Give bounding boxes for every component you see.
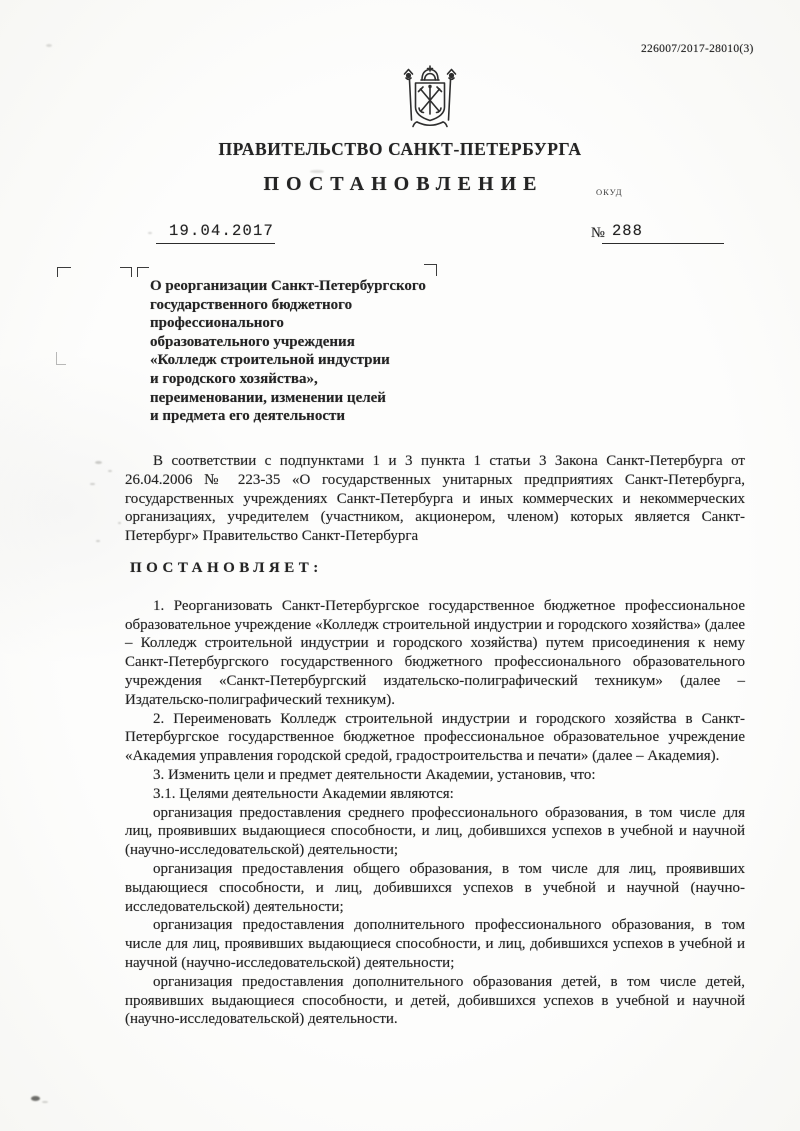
scan-speck	[42, 1101, 48, 1103]
preamble-paragraph: В соответствии с подпунктами 1 и 3 пункт…	[125, 452, 745, 546]
body-paragraph: организация предоставления дополнительно…	[125, 973, 745, 1029]
body-paragraph: организация предоставления общего образо…	[125, 860, 745, 916]
scan-speck	[90, 483, 95, 485]
title-line: и предмета его деятельности	[150, 407, 460, 426]
corner-registration-mark	[137, 267, 149, 277]
document-subject-title: О реорганизации Санкт-Петербургского гос…	[150, 277, 460, 426]
corner-registration-mark	[56, 352, 66, 365]
scan-speck	[148, 232, 152, 234]
date-underline-rule	[156, 243, 275, 244]
title-line: «Колледж строительной индустрии	[150, 351, 460, 370]
body-paragraph: 3.1. Целями деятельности Академии являют…	[125, 785, 745, 804]
corner-registration-mark	[424, 264, 437, 276]
corner-registration-mark	[120, 267, 132, 277]
document-number: 288	[612, 222, 643, 240]
spb-coat-of-arms-icon	[396, 62, 464, 136]
number-sign: №	[591, 225, 605, 242]
scanned-document: { "colors": { "ink": "#242424", "paper":…	[0, 0, 800, 1131]
document-type-title: ПОСТАНОВЛЕНИЕ	[0, 173, 800, 196]
issuing-authority-title: ПРАВИТЕЛЬСТВО САНКТ-ПЕТЕРБУРГА	[0, 139, 800, 160]
body-paragraph: 1. Реорганизовать Санкт-Петербургское го…	[125, 597, 745, 710]
scan-speck	[31, 1096, 40, 1101]
body-paragraph: 2. Переименовать Колледж строительной ин…	[125, 710, 745, 766]
number-underline-rule	[602, 243, 724, 244]
title-line: и городского хозяйства»,	[150, 370, 460, 389]
body-paragraph: организация предоставления дополнительно…	[125, 916, 745, 972]
scan-speck	[310, 170, 324, 173]
title-line: образовательного учреждения	[150, 333, 460, 352]
scan-speck	[95, 461, 102, 464]
scan-speck	[118, 522, 121, 524]
scan-speck	[46, 44, 52, 47]
document-body: В соответствии с подпунктами 1 и 3 пункт…	[125, 452, 745, 1029]
title-line: профессионального	[150, 314, 460, 333]
corner-registration-mark	[57, 267, 71, 277]
title-line: переименовании, изменении целей	[150, 389, 460, 408]
body-paragraph: 3. Изменить цели и предмет деятельности …	[125, 766, 745, 785]
document-page: 226007/2017-28010(3)	[0, 0, 800, 1131]
body-paragraph: организация предоставления среднего проф…	[125, 804, 745, 860]
scan-speck	[108, 470, 112, 472]
scan-speck	[96, 540, 100, 542]
title-line: государственного бюджетного	[150, 296, 460, 315]
document-reference-number: 226007/2017-28010(3)	[641, 43, 754, 55]
title-line: О реорганизации Санкт-Петербургского	[150, 277, 460, 296]
okud-form-label: ОКУД	[596, 187, 623, 197]
document-date: 19.04.2017	[169, 222, 274, 240]
resolves-heading: ПОСТАНОВЛЯЕТ:	[125, 559, 745, 578]
